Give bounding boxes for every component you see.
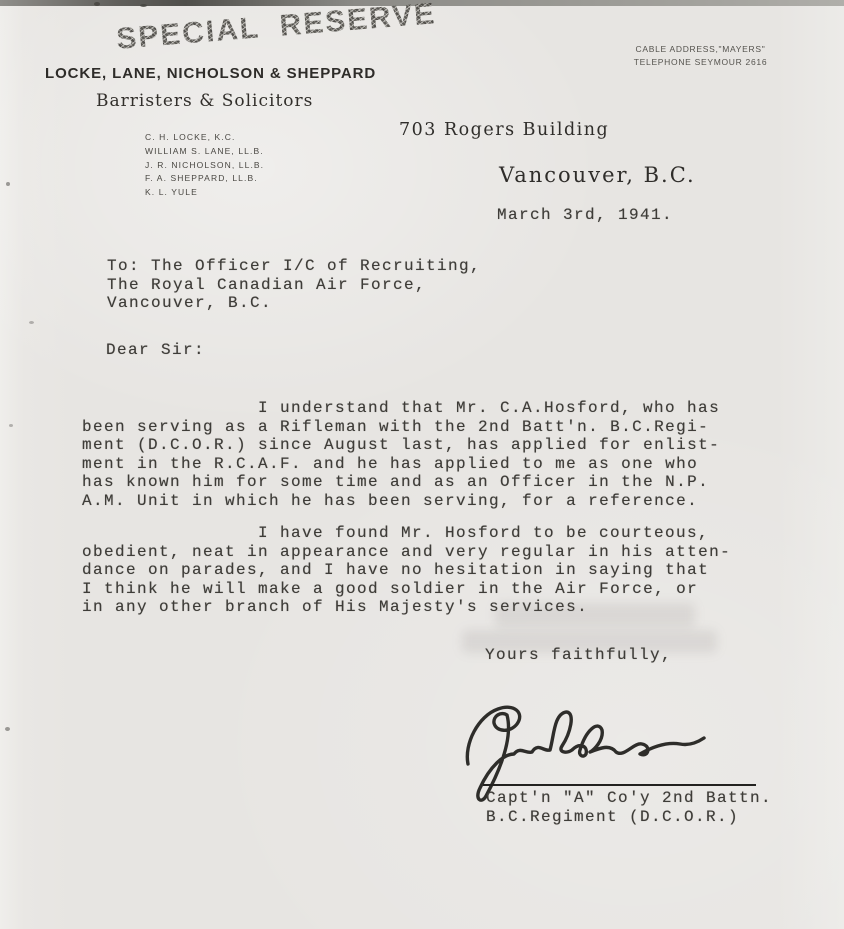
scan-speck [6,182,10,186]
cable-address-block: CABLE ADDRESS,"MAYERS" TELEPHONE SEYMOUR… [598,43,803,69]
signature-rule [483,784,756,786]
signer-title: Capt'n "A" Co'y 2nd Battn. B.C.Regiment … [486,789,772,826]
salutation: Dear Sir: [106,341,205,360]
scan-speck [5,727,10,731]
body-paragraph-1: I understand that Mr. C.A.Hosford, who h… [82,399,750,510]
letter-date: March 3rd, 1941. [497,206,673,225]
scan-speck [94,2,100,6]
closing-phrase: Yours faithfully, [485,646,672,665]
letterhead-city: Vancouver, B.C. [499,163,696,187]
firm-type: Barristers & Solicitors [96,91,313,111]
bleed-through-smudge [495,603,695,627]
special-reserve-stamp: SPECIAL RESERVE [115,0,437,57]
scan-speck [9,424,13,427]
scan-speck [140,4,147,7]
recipient-address: To: The Officer I/C of Recruiting, The R… [107,257,481,313]
scan-speck [29,321,34,324]
scanned-letter-page: SPECIAL RESERVE CABLE ADDRESS,"MAYERS" T… [0,0,844,929]
letterhead-building: 703 Rogers Building [399,120,609,140]
partner-list: C. H. LOCKE, K.C. WILLIAM S. LANE, LL.B.… [145,131,264,200]
firm-name: LOCKE, LANE, NICHOLSON & SHEPPARD [45,65,376,82]
